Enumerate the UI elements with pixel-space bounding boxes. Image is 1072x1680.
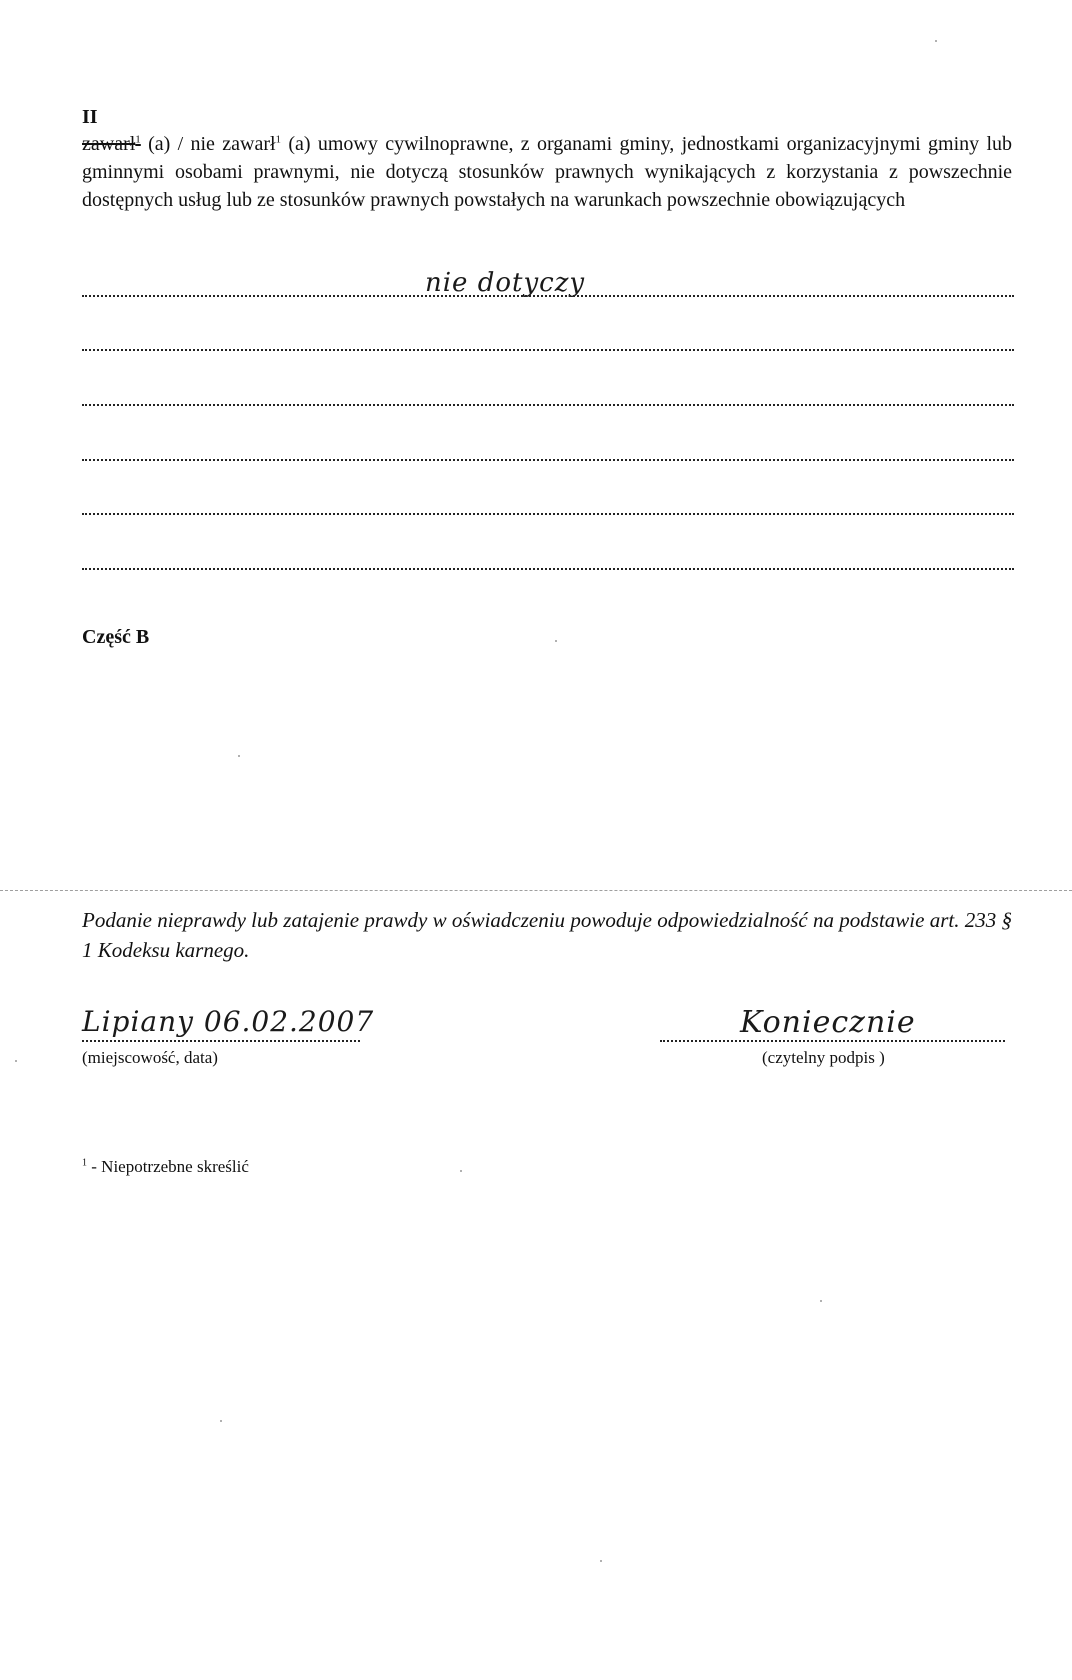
section-b-heading: Część B — [82, 625, 149, 649]
scan-speck — [555, 640, 557, 642]
document-page: II zawarł1 (a) / nie zawarł1 (a) umowy c… — [0, 0, 1072, 1680]
signature-line — [660, 1040, 1005, 1042]
place-date-label: (miejscowość, data) — [82, 1048, 218, 1068]
struck-word: zawarł — [82, 133, 135, 155]
answer-line — [82, 513, 1014, 515]
answer-line — [82, 349, 1014, 351]
section-ii-statement: zawarł1 (a) / nie zawarł1 (a) umowy cywi… — [82, 130, 1012, 214]
scan-speck — [360, 200, 362, 202]
struck-option: zawarł1 — [82, 133, 141, 155]
legal-warning: Podanie nieprawdy lub zatajenie prawdy w… — [82, 905, 1012, 965]
signature-label: (czytelny podpis ) — [762, 1048, 885, 1068]
handwritten-signature: Koniecznie — [740, 1005, 916, 1040]
answer-line — [82, 568, 1014, 570]
scan-speck — [820, 1300, 822, 1302]
scan-speck — [238, 755, 240, 757]
handwritten-place-date: Lipiany 06.02.2007 — [82, 1005, 374, 1038]
statement-part: (a) / nie zawarł — [141, 133, 276, 155]
scan-speck — [600, 1560, 602, 1562]
footnote-text: - Niepotrzebne skreślić — [87, 1157, 249, 1176]
scan-speck — [935, 40, 937, 42]
place-date-line — [82, 1040, 360, 1042]
section-ii-heading: II — [82, 105, 98, 129]
answer-line — [82, 459, 1014, 461]
answer-line — [82, 295, 1014, 297]
footnote: 1 - Niepotrzebne skreślić — [82, 1157, 249, 1177]
handwritten-answer: nie dotyczy — [425, 268, 585, 298]
scan-speck — [15, 1060, 17, 1062]
scan-speck — [220, 1420, 222, 1422]
scan-speck — [460, 1170, 462, 1172]
answer-line — [82, 404, 1014, 406]
scan-edge-line — [0, 890, 1072, 891]
